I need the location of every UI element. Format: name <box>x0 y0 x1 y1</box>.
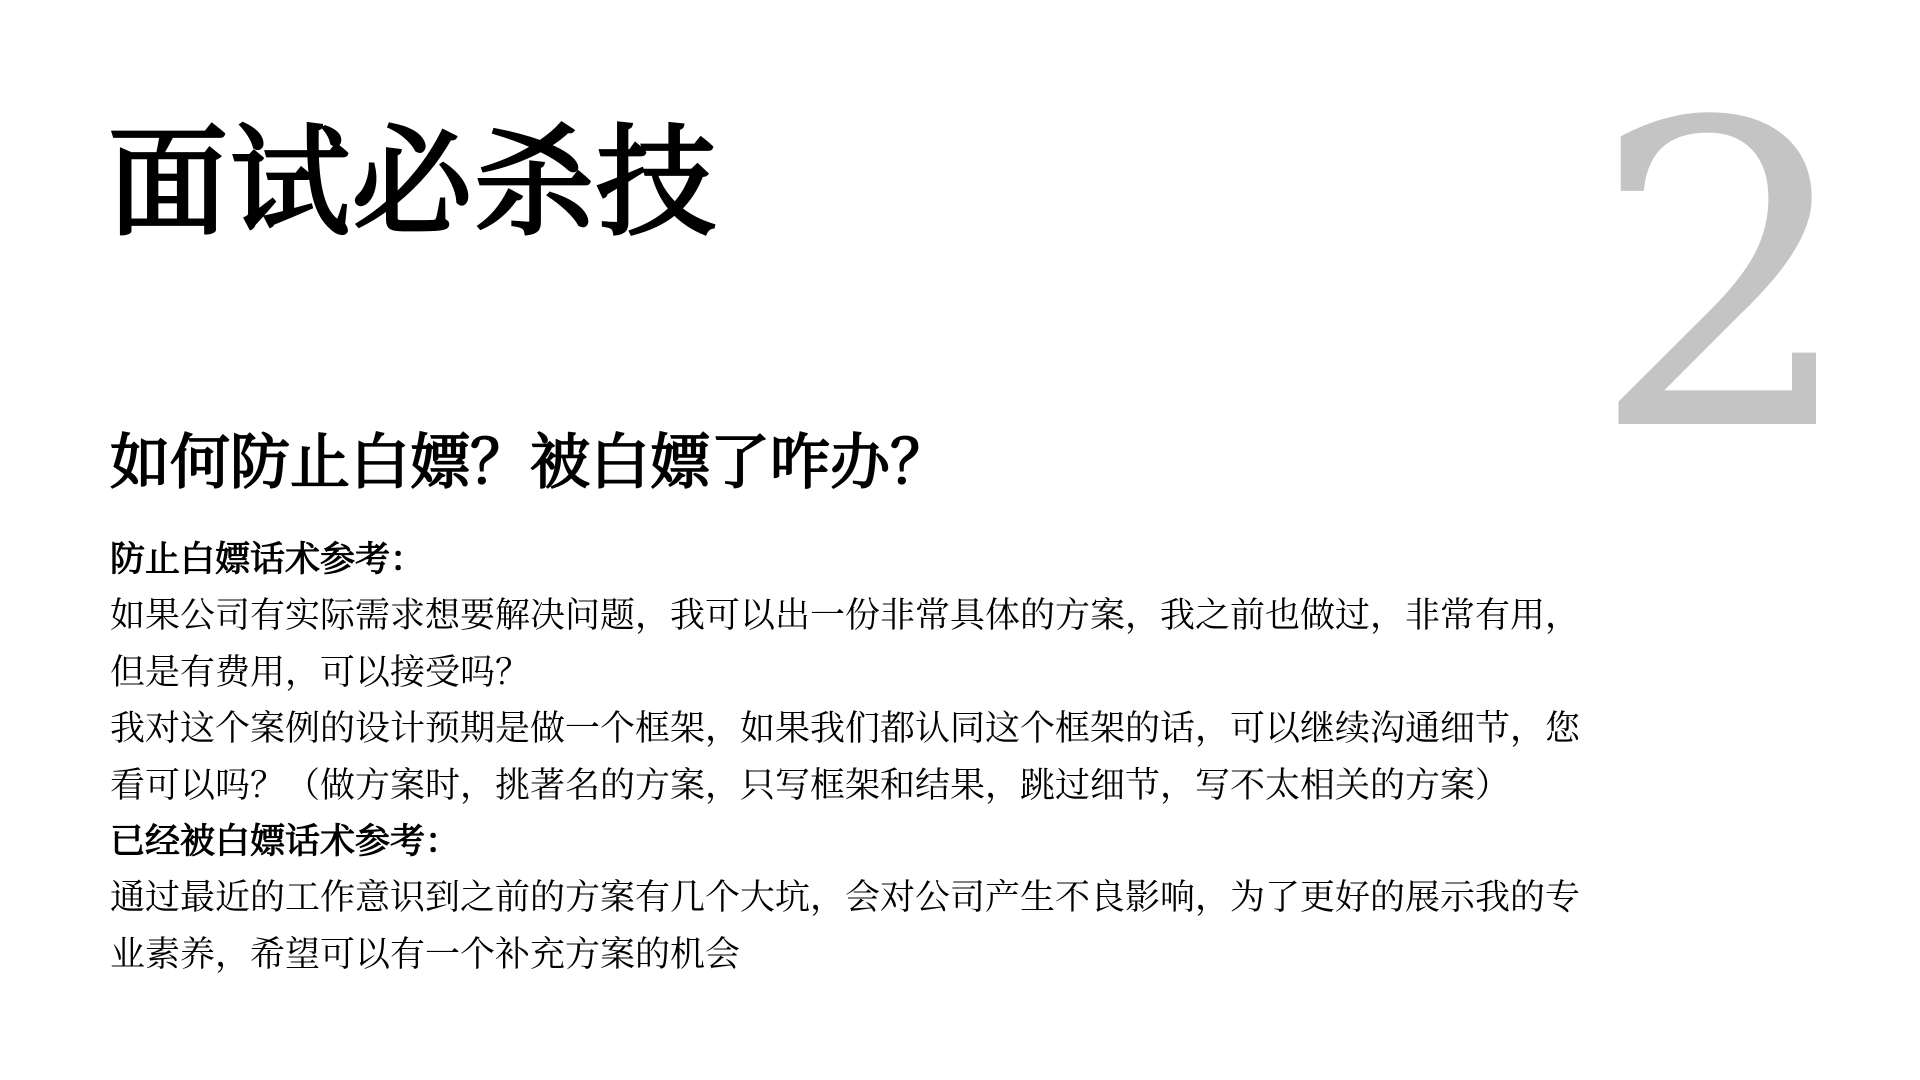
body-line: 业素养，希望可以有一个补充方案的机会 <box>110 927 1830 984</box>
content-body: 防止白嫖话术参考： 如果公司有实际需求想要解决问题，我可以出一份非常具体的方案，… <box>110 532 1830 983</box>
body-line: 通过最近的工作意识到之前的方案有几个大坑，会对公司产生不良影响，为了更好的展示我… <box>110 870 1830 927</box>
body-line: 我对这个案例的设计预期是做一个框架，如果我们都认同这个框架的话，可以继续沟通细节… <box>110 701 1830 758</box>
body-line: 如果公司有实际需求想要解决问题，我可以出一份非常具体的方案，我之前也做过，非常有… <box>110 588 1830 645</box>
section-heading-already: 已经被白嫖话术参考： <box>110 814 1830 870</box>
body-line: 但是有费用，可以接受吗？ <box>110 645 1830 702</box>
slide-subtitle: 如何防止白嫖？被白嫖了咋办？ <box>110 425 950 501</box>
slide-title: 面试必杀技 <box>108 108 718 258</box>
body-line: 看可以吗？（做方案时，挑著名的方案，只写框架和结果，跳过细节，写不太相关的方案） <box>110 758 1830 815</box>
slide-number: 2 <box>1590 70 1857 490</box>
section-heading-prevent: 防止白嫖话术参考： <box>110 532 1830 588</box>
